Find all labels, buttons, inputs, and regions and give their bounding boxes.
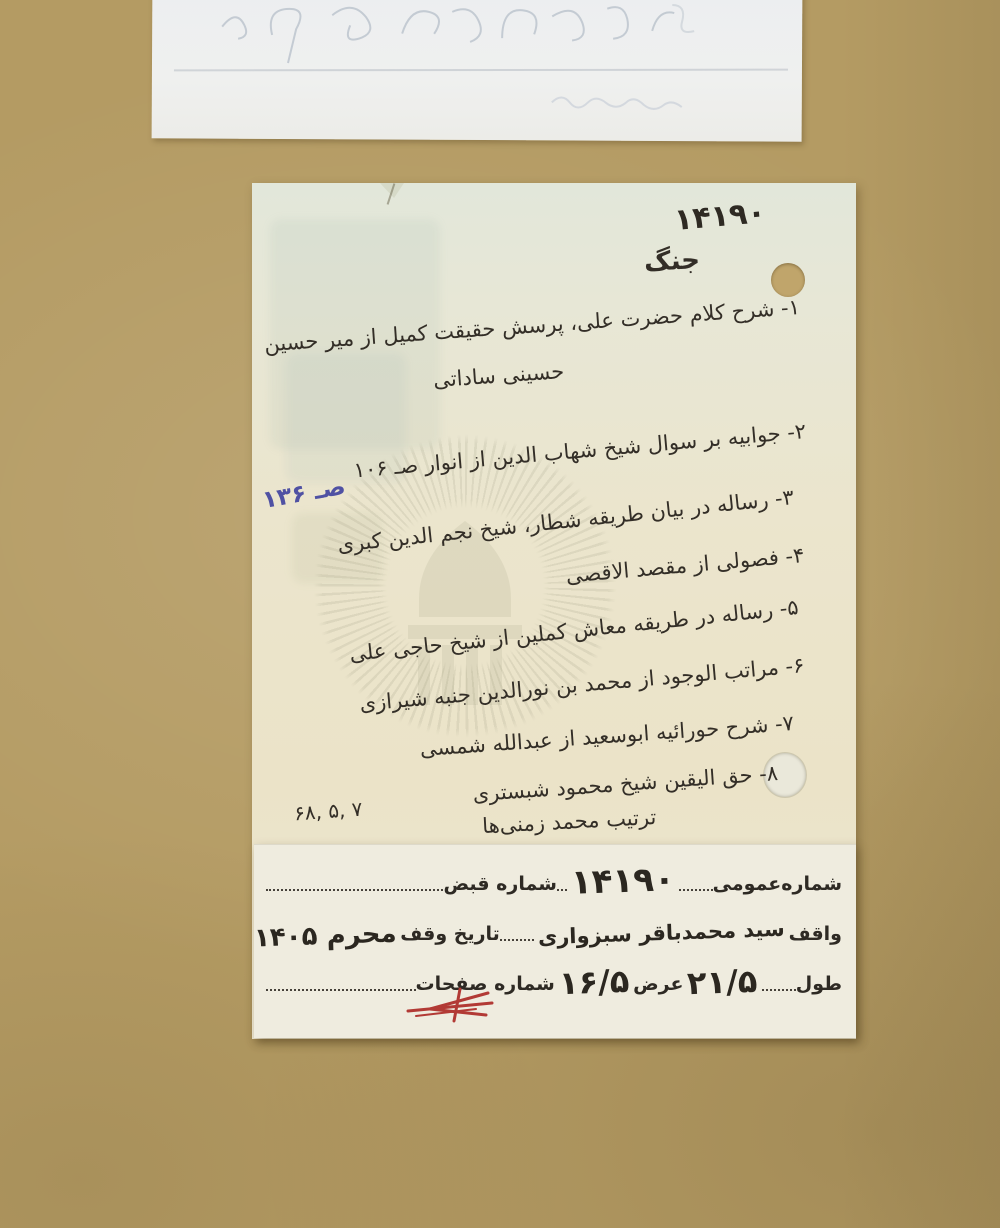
top-paper-strip (152, 0, 803, 142)
form-row-numbers: شماره‌عمومی ۱۴۱۹۰ شماره قبض (266, 855, 842, 901)
catalog-form-section: شماره‌عمومی ۱۴۱۹۰ شماره قبض واقف سید محم… (254, 844, 856, 1038)
endowment-date-label: تاریخ وقف (400, 923, 500, 951)
scanned-catalog-card: { "page": { "catalog_number_top": "۱۴۱۹۰… (0, 0, 1000, 1228)
dotted-leader (500, 939, 534, 941)
length-value: ۲۱/۵ (683, 962, 763, 1003)
receipt-number-label: شماره قبض (443, 873, 556, 901)
handwritten-catalog-number: ۱۴۱۹۰ (673, 195, 767, 238)
endower-label: واقف (789, 923, 842, 951)
page-title: جنگ (643, 245, 700, 278)
list-item-8: ۸- حق الیقین شیخ محمود شبستری (472, 761, 779, 806)
dotted-leader (557, 889, 567, 891)
ghost-handwriting-marks (152, 0, 803, 142)
general-number-value: ۱۴۱۹۰ (566, 859, 679, 903)
dotted-leader (679, 889, 713, 891)
form-row-endowment: واقف سید محمدباقر سبزواری تاریخ وقف محرم… (266, 905, 842, 951)
endowment-date-value: محرم ۱۴۰۵ (249, 918, 401, 953)
partial-bottom-numbers: ۶۸, ۵, ۷ (293, 797, 363, 826)
form-row-dimensions: طول ۲۱/۵ عرض ۱۶/۵ شماره صفحات (266, 955, 842, 1001)
length-label: طول (796, 973, 842, 1001)
punch-hole (771, 263, 805, 297)
endower-value: سید محمدباقر سبزواری (533, 917, 789, 956)
dotted-leader (266, 989, 416, 991)
width-value: ۱۶/۵ (554, 962, 634, 1003)
general-number-label: شماره‌عمومی (713, 873, 842, 901)
list-item-1-continued: حسینی ساداتی (432, 359, 564, 392)
dotted-leader (762, 989, 796, 991)
red-strikethrough-mark (396, 985, 496, 1027)
width-label: عرض (633, 973, 683, 1001)
dotted-leader (266, 889, 443, 891)
partial-bottom-line: ترتیب محمد زمنی‌ها (481, 805, 656, 838)
